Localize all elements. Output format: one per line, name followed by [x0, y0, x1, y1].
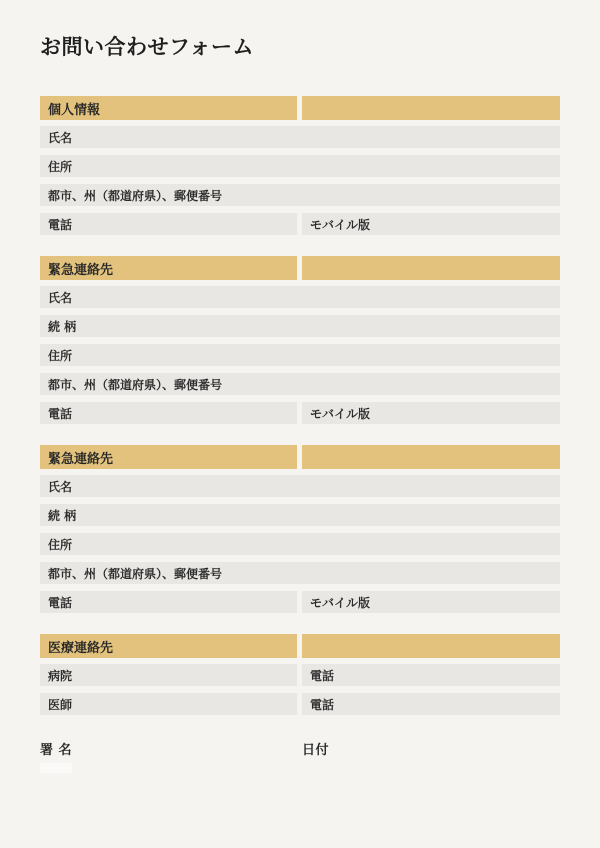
field-label: 病院	[48, 667, 72, 684]
field-label: 電話	[48, 216, 72, 233]
field-cell[interactable]: 電話	[302, 693, 560, 715]
field-cell[interactable]: 都市、州（都道府県）、郵便番号	[40, 184, 560, 206]
field-cell[interactable]: 病院	[40, 664, 297, 686]
field-cell[interactable]: 住所	[40, 533, 560, 555]
field-label: 住所	[48, 536, 72, 553]
section-rows: 氏名住所都市、州（都道府県）、郵便番号電話モバイル版	[40, 126, 560, 235]
field-label: 都市、州（都道府県）、郵便番号	[48, 376, 222, 393]
section-header-right-cell	[302, 445, 560, 469]
form-page: お問い合わせフォーム 個人情報 氏名住所都市、州（都道府県）、郵便番号電話モバイ…	[0, 0, 600, 848]
form-sections: 個人情報 氏名住所都市、州（都道府県）、郵便番号電話モバイル版 緊急連絡先 氏名…	[40, 96, 560, 715]
signature-column: 署 名	[40, 739, 302, 773]
form-row: 氏名	[40, 126, 560, 148]
field-cell[interactable]: 住所	[40, 344, 560, 366]
form-row: 続 柄	[40, 504, 560, 526]
section-header-right-cell	[302, 256, 560, 280]
form-row: 住所	[40, 155, 560, 177]
field-label: モバイル版	[310, 594, 370, 611]
signature-label: 署 名	[40, 743, 72, 758]
field-cell[interactable]: 氏名	[40, 475, 560, 497]
section-rows: 氏名続 柄住所都市、州（都道府県）、郵便番号電話モバイル版	[40, 475, 560, 613]
section-header: 緊急連絡先	[40, 445, 560, 469]
form-row: 続 柄	[40, 315, 560, 337]
field-label: 都市、州（都道府県）、郵便番号	[48, 187, 222, 204]
form-row: 電話モバイル版	[40, 591, 560, 613]
field-label: 続 柄	[48, 318, 76, 335]
section-header-left-cell: 緊急連絡先	[40, 256, 297, 280]
form-row: 都市、州（都道府県）、郵便番号	[40, 184, 560, 206]
field-label: 氏名	[48, 129, 72, 146]
field-cell[interactable]: モバイル版	[302, 402, 560, 424]
form-row: 都市、州（都道府県）、郵便番号	[40, 562, 560, 584]
form-section: 緊急連絡先 氏名続 柄住所都市、州（都道府県）、郵便番号電話モバイル版	[40, 445, 560, 613]
date-label: 日付	[302, 743, 329, 758]
section-header-left-cell: 緊急連絡先	[40, 445, 297, 469]
form-row: 病院電話	[40, 664, 560, 686]
date-column: 日付	[302, 739, 560, 773]
section-rows: 病院電話医師電話	[40, 664, 560, 715]
form-row: 医師電話	[40, 693, 560, 715]
field-label: 都市、州（都道府県）、郵便番号	[48, 565, 222, 582]
form-section: 緊急連絡先 氏名続 柄住所都市、州（都道府県）、郵便番号電話モバイル版	[40, 256, 560, 424]
field-cell[interactable]: 都市、州（都道府県）、郵便番号	[40, 373, 560, 395]
field-label: 住所	[48, 347, 72, 364]
section-header-right-cell	[302, 634, 560, 658]
section-header-left-cell: 医療連絡先	[40, 634, 297, 658]
field-label: 住所	[48, 158, 72, 175]
field-label: 電話	[310, 696, 334, 713]
field-label: モバイル版	[310, 216, 370, 233]
form-section: 医療連絡先 病院電話医師電話	[40, 634, 560, 715]
field-cell[interactable]: 住所	[40, 155, 560, 177]
page-title: お問い合わせフォーム	[40, 33, 560, 61]
field-label: 電話	[310, 667, 334, 684]
field-cell[interactable]: 氏名	[40, 126, 560, 148]
form-row: 住所	[40, 344, 560, 366]
field-label: 続 柄	[48, 507, 76, 524]
field-cell[interactable]: 氏名	[40, 286, 560, 308]
field-label: 電話	[48, 405, 72, 422]
field-cell[interactable]: モバイル版	[302, 213, 560, 235]
form-row: 氏名	[40, 475, 560, 497]
section-header: 個人情報	[40, 96, 560, 120]
field-cell[interactable]: 続 柄	[40, 315, 560, 337]
field-cell[interactable]: 都市、州（都道府県）、郵便番号	[40, 562, 560, 584]
signature-row: 署 名 日付	[40, 739, 560, 773]
section-header-right-cell	[302, 96, 560, 120]
field-cell[interactable]: 電話	[302, 664, 560, 686]
form-section: 個人情報 氏名住所都市、州（都道府県）、郵便番号電話モバイル版	[40, 96, 560, 235]
section-rows: 氏名続 柄住所都市、州（都道府県）、郵便番号電話モバイル版	[40, 286, 560, 424]
section-title: 医療連絡先	[48, 637, 113, 656]
form-row: 氏名	[40, 286, 560, 308]
form-row: 都市、州（都道府県）、郵便番号	[40, 373, 560, 395]
section-title: 緊急連絡先	[48, 259, 113, 278]
section-title: 緊急連絡先	[48, 448, 113, 467]
section-header: 医療連絡先	[40, 634, 560, 658]
field-cell[interactable]: 医師	[40, 693, 297, 715]
field-label: モバイル版	[310, 405, 370, 422]
field-label: 医師	[48, 696, 72, 713]
field-label: 氏名	[48, 289, 72, 306]
form-row: 電話モバイル版	[40, 402, 560, 424]
section-title: 個人情報	[48, 99, 100, 118]
field-cell[interactable]: 続 柄	[40, 504, 560, 526]
field-cell[interactable]: 電話	[40, 591, 297, 613]
field-cell[interactable]: モバイル版	[302, 591, 560, 613]
form-row: 住所	[40, 533, 560, 555]
field-cell[interactable]: 電話	[40, 213, 297, 235]
form-row: 電話モバイル版	[40, 213, 560, 235]
field-cell[interactable]: 電話	[40, 402, 297, 424]
section-header-left-cell: 個人情報	[40, 96, 297, 120]
field-label: 電話	[48, 594, 72, 611]
signature-area[interactable]	[40, 763, 72, 773]
field-label: 氏名	[48, 478, 72, 495]
section-header: 緊急連絡先	[40, 256, 560, 280]
